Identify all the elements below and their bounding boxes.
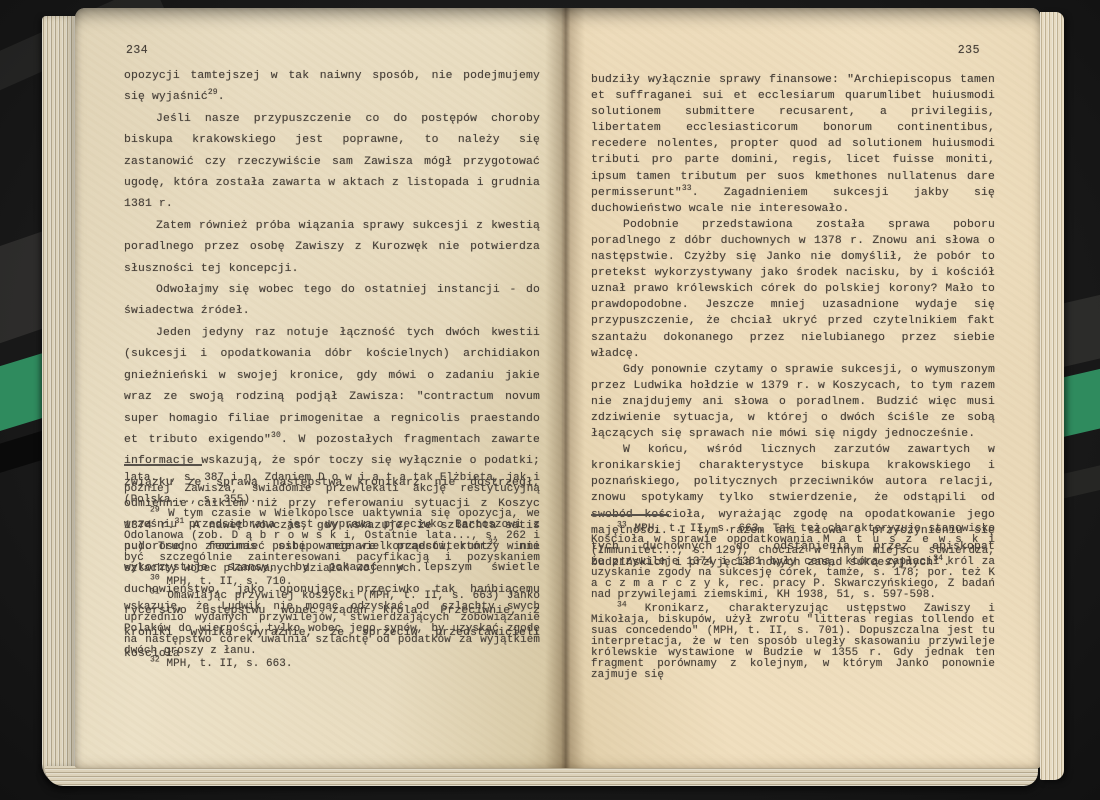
paragraph: 34 Kronikarz, charakteryzując ustępstwo … xyxy=(591,604,995,681)
footnote-marker: 32 xyxy=(150,655,160,664)
paragraph: 29 W tym czasie w Wielkopolsce uaktywnia… xyxy=(124,509,540,575)
footnote-marker: 30 xyxy=(271,431,281,440)
footnote-marker: 33 xyxy=(617,520,627,529)
paragraph: Zatem również próba wiązania sprawy sukc… xyxy=(124,216,540,280)
paragraph: 30 MPH, t. II, s. 710. xyxy=(124,577,540,588)
footnote-marker: 34 xyxy=(617,600,627,609)
left-page-edge-stack xyxy=(42,16,75,784)
left-page-footnotes: lata..., s. 387 i n. Zdaniem D o w i a t… xyxy=(124,473,540,673)
right-page-footnotes: 33 MPH, t. II, s. 663. Tak też charakter… xyxy=(591,524,995,683)
right-page-edge-stack xyxy=(1040,12,1064,780)
paragraph: budziły wyłącznie sprawy finansowe: "Arc… xyxy=(591,72,995,217)
paragraph: 31 Omawiając przywilej koszycki (MPH, t.… xyxy=(124,591,540,657)
paragraph: Gdy ponownie czytamy o sprawie sukcesji,… xyxy=(591,362,995,442)
open-book: 234 opozycji tamtejszej w tak naiwny spo… xyxy=(42,8,1064,786)
page-number: 235 xyxy=(958,44,980,57)
paragraph: 32 MPH, t. II, s. 663. xyxy=(124,659,540,670)
page-number: 234 xyxy=(126,44,148,57)
paragraph: 33 MPH, t. II, s. 663. Tak też charakter… xyxy=(591,524,995,601)
paragraph: opozycji tamtejszej w tak naiwny sposób,… xyxy=(124,66,540,109)
paragraph: Odwołajmy się wobec tego do ostatniej in… xyxy=(124,280,540,323)
footnote-marker: 30 xyxy=(150,573,160,582)
footnote-marker: 33 xyxy=(682,184,692,193)
paragraph: lata..., s. 387 i n. Zdaniem D o w i a t… xyxy=(124,473,540,506)
footnote-marker: 29 xyxy=(150,505,160,514)
bottom-page-edge-stack xyxy=(45,766,1038,786)
footnote-marker: 31 xyxy=(150,587,160,596)
paragraph: Podobnie przedstawiona została sprawa po… xyxy=(591,217,995,362)
right-page: 235 budziły wyłącznie sprawy finansowe: … xyxy=(563,8,1040,768)
scanned-book-spread: 234 opozycji tamtejszej w tak naiwny spo… xyxy=(0,0,1100,800)
right-page-body-text: budziły wyłącznie sprawy finansowe: "Arc… xyxy=(591,72,995,571)
footnote-separator-rule xyxy=(591,514,669,516)
footnote-marker: 29 xyxy=(208,89,218,98)
footnote-separator-rule xyxy=(124,464,202,466)
paragraph: Jeśli nasze przypuszczenie co do postępó… xyxy=(124,109,540,216)
page-spread: 234 opozycji tamtejszej w tak naiwny spo… xyxy=(75,8,1040,768)
left-page: 234 opozycji tamtejszej w tak naiwny spo… xyxy=(75,8,563,768)
